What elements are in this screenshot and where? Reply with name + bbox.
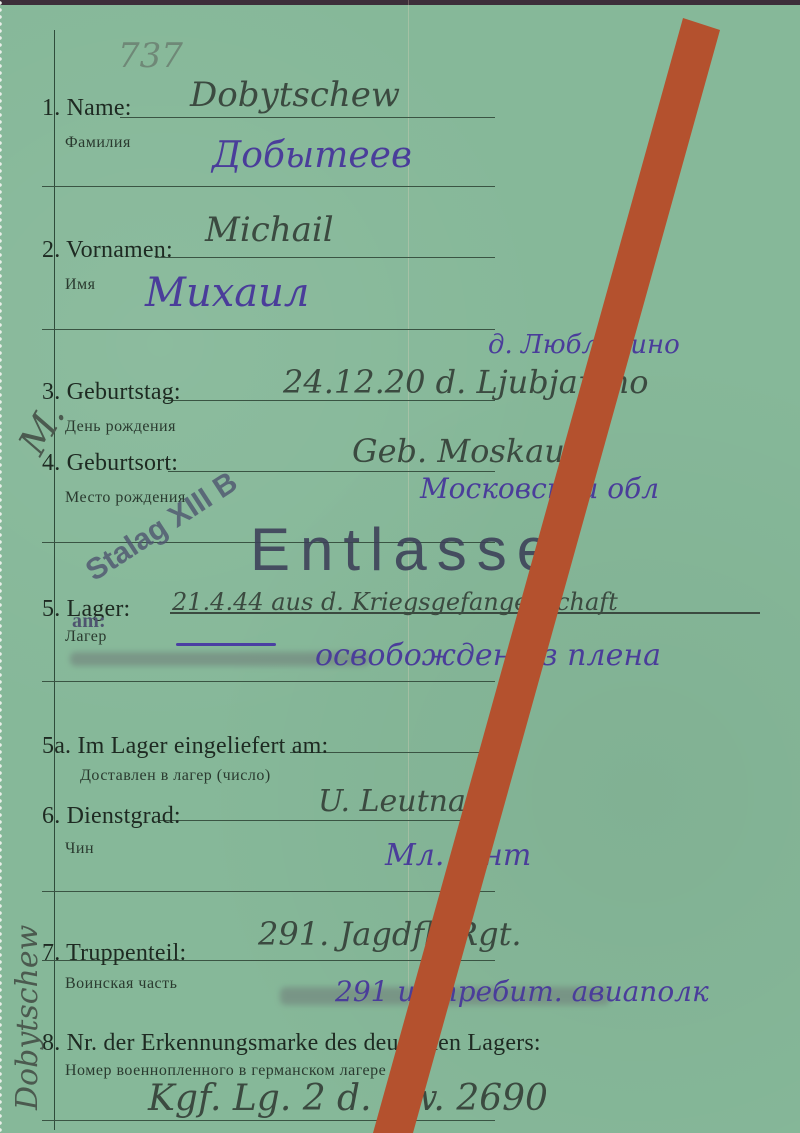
field-geburtstag-label: 3. Geburtstag: bbox=[42, 379, 181, 406]
field-dienstgrad-value-ru: Мл. л-нт bbox=[385, 838, 531, 873]
field-geburtstag-value-de: 24.12.20 d. Ljubjanino bbox=[283, 363, 648, 401]
field-geburtstag-value-ru-above: д. Любликино bbox=[488, 330, 680, 360]
field-name-value-de: Dobytschew bbox=[190, 75, 400, 115]
rule-5b bbox=[42, 681, 495, 682]
field-lager-am-label: am: bbox=[72, 610, 106, 633]
field-vornamen-label: 2. Vornamen: bbox=[42, 237, 173, 264]
field-dienstgrad-ru-label: Чин bbox=[65, 840, 94, 858]
field-eingeliefert-label: 5a. Im Lager eingeliefert am: bbox=[42, 733, 328, 760]
rule-8b bbox=[42, 1120, 495, 1121]
rule-1 bbox=[120, 117, 495, 118]
field-geburtsort-value-de: Geb. Moskau bbox=[352, 432, 565, 470]
field-name-label: 1. Name: bbox=[42, 95, 132, 122]
rule-1b bbox=[42, 186, 495, 187]
entlassen-stamp: Entlasse bbox=[250, 515, 560, 584]
field-vornamen-ru-label: Имя bbox=[65, 276, 96, 294]
field-name-value-ru: Добытеев bbox=[212, 135, 412, 176]
rule-6b bbox=[42, 891, 495, 892]
field-truppenteil-label: 7. Truppenteil: bbox=[42, 940, 186, 967]
field-truppenteil-value-de: 291. Jagdfl. Rgt. bbox=[258, 915, 522, 953]
perforated-edge bbox=[0, 0, 4, 1133]
field-lager-value-ru: освобожден из плена bbox=[315, 638, 661, 673]
field-geburtstag-ru-label: День рождения bbox=[65, 418, 176, 436]
field-erkennungsmarke-label: 8. Nr. der Erkennungsmarke des deutschen… bbox=[42, 1030, 541, 1057]
field-truppenteil-ru-label: Воинская часть bbox=[65, 975, 177, 993]
lager-ink-underline bbox=[176, 643, 276, 646]
field-vornamen-value-ru: Михаил bbox=[145, 270, 309, 316]
field-erkennungsmarke-value: Kgf. Lg. 2 d. Lw. 2690 bbox=[148, 1078, 548, 1119]
field-truppenteil-value-ru: 291 истребит. авиаполк bbox=[335, 975, 709, 1008]
rule-2 bbox=[155, 257, 495, 258]
rule-2b bbox=[42, 329, 495, 330]
card-number: 737 bbox=[118, 36, 183, 76]
field-dienstgrad-value-de: U. Leutnant bbox=[318, 784, 497, 819]
field-dienstgrad-label: 6. Dienstgrad: bbox=[42, 803, 181, 830]
margin-note-lower: Dobytschew bbox=[10, 925, 45, 1110]
lager-strikethrough bbox=[170, 612, 760, 614]
field-vornamen-value-de: Michail bbox=[205, 210, 334, 250]
field-geburtsort-value-ru: Московской обл bbox=[420, 472, 659, 505]
field-name-ru-label: Фамилия bbox=[65, 134, 131, 152]
rule-6 bbox=[158, 820, 495, 821]
field-eingeliefert-ru-label: Доставлен в лагер (число) bbox=[80, 767, 271, 785]
field-geburtsort-label: 4. Geburtsort: bbox=[42, 450, 178, 477]
